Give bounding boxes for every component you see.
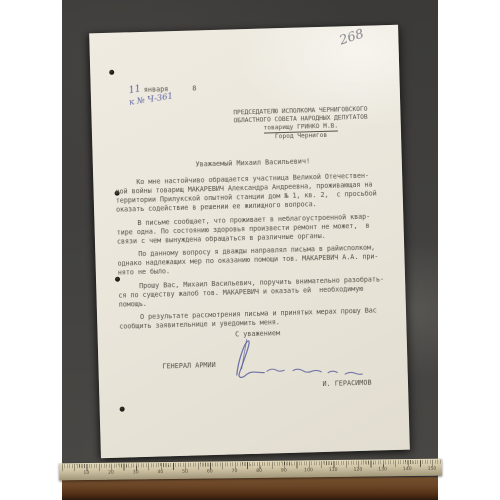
ruler-number: 30: [123, 470, 148, 475]
date-year-digit: 8: [192, 84, 196, 92]
signer-title: ГЕНЕРАЛ АРМИИ: [162, 361, 215, 370]
page-number-annotation: 268: [338, 27, 366, 49]
date-day-handwritten: 11: [128, 83, 142, 96]
paper-sheet: 268 11января8 к № Ч-361 ПРЕДСЕДАТЕЛЮ ИСП…: [89, 25, 410, 458]
ruler-number: 80: [247, 468, 272, 473]
paragraph: Прошу Вас, Михаил Васильевич, поручить в…: [118, 274, 397, 309]
ruler-number: 50: [173, 469, 198, 474]
signer-name: И. ГЕРАСИМОВ: [295, 378, 399, 389]
ruler-number: 120: [346, 467, 371, 472]
ruler-number: 60: [197, 469, 222, 474]
ruler-number: 40: [148, 469, 173, 474]
ruler-number: 100: [296, 468, 321, 473]
salutation: Уважаемый Михаил Васильевич!: [115, 155, 391, 171]
punch-hole: [109, 70, 114, 75]
ruler-number: 140: [395, 466, 420, 471]
paragraph: В письме сообщает, что проживает в небла…: [116, 211, 395, 246]
punch-hole: [120, 407, 125, 412]
photo-dark-surface: 268 11января8 к № Ч-361 ПРЕДСЕДАТЕЛЮ ИСП…: [62, 0, 438, 500]
ruler-number: 150: [420, 466, 445, 471]
ruler-number: 90: [271, 468, 296, 473]
ruler-number: 10: [74, 470, 99, 475]
signature-ink: [220, 332, 373, 382]
ruler-number: 20: [99, 470, 124, 475]
ruler-number: 110: [321, 467, 346, 472]
ruler-number: 130: [370, 467, 395, 472]
recipient-block: ПРЕДСЕДАТЕЛЮ ИСПОЛКОМА ЧЕРНИГОВСКОГО ОБЛ…: [223, 105, 378, 142]
letter-body: Ко мне настойчиво обращается участница В…: [115, 171, 397, 336]
listing-photo: 268 11января8 к № Ч-361 ПРЕДСЕДАТЕЛЮ ИСП…: [0, 0, 500, 500]
paragraph: Ко мне настойчиво обращается участница В…: [115, 171, 394, 215]
paragraph: По данному вопросу я дважды направлял пи…: [117, 243, 396, 278]
ruler-number: 70: [222, 469, 247, 474]
table-edge: [62, 477, 438, 500]
